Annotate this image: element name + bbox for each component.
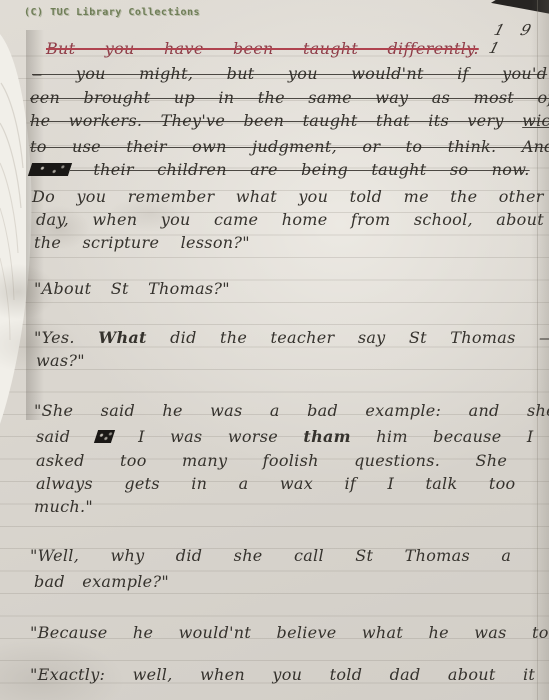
- manuscript-line: always gets in a wax if I talk too: [36, 473, 515, 495]
- manuscript-line: ‒ you might, but you would'nt if you'd: [32, 63, 547, 85]
- handwritten-text: he workers. They've been taught that its…: [30, 111, 522, 130]
- handwritten-text: ‒ you might, but you would'nt if you'd: [32, 64, 547, 83]
- manuscript-line: to use their own judgment, or to think. …: [30, 136, 549, 158]
- handwritten-text: bad example?": [34, 572, 169, 591]
- handwritten-text: asked too many foolish questions. She: [36, 451, 507, 470]
- manuscript-line: their children are being taught so now.: [30, 159, 530, 181]
- manuscript-line: Do you remember what you told me the oth…: [32, 186, 544, 208]
- handwritten-text: did the teacher say St Thomas —: [147, 328, 549, 347]
- handwritten-text: their children are being taught so now.: [70, 160, 530, 179]
- manuscript-line: "Yes. What did the teacher say St Thomas…: [34, 327, 549, 349]
- handwritten-text: "Exactly: well, when you told dad about …: [30, 665, 535, 684]
- handwritten-text: day, when you came home from school, abo…: [36, 210, 544, 229]
- manuscript-line: een brought up in the same way as most o…: [30, 87, 549, 109]
- manuscript-text-layer: But you have been taught differently.‒ y…: [0, 0, 549, 700]
- manuscript-line: But you have been taught differently.: [46, 38, 479, 60]
- handwritten-text: to use their own judgment, or to think. …: [30, 137, 549, 156]
- handwritten-text: tham: [303, 427, 351, 446]
- handwritten-text: "About St Thomas?": [34, 279, 230, 298]
- handwritten-text: the scripture lesson?": [34, 233, 250, 252]
- handwritten-text: "Because he would'nt believe what he was…: [30, 623, 549, 642]
- handwritten-text: much.": [34, 497, 93, 516]
- handwritten-text: wicked: [522, 111, 549, 130]
- manuscript-line: "About St Thomas?": [34, 278, 230, 300]
- handwritten-text: "Well, why did she call St Thomas a: [30, 546, 511, 565]
- handwritten-text: een brought up in the same way as most o…: [30, 88, 549, 107]
- ink-redaction-blob: [28, 163, 72, 176]
- manuscript-line: "She said he was a bad example: and she: [34, 400, 549, 422]
- manuscript-line: the scripture lesson?": [34, 232, 250, 254]
- manuscript-line: much.": [34, 496, 93, 518]
- manuscript-line: "Because he would'nt believe what he was…: [30, 622, 549, 644]
- handwritten-text: Do you remember what you told me the oth…: [32, 187, 544, 206]
- manuscript-line: said I was worse tham him because I: [36, 426, 533, 448]
- manuscript-line: asked too many foolish questions. She: [36, 450, 507, 472]
- handwritten-text: But you have been taught differently.: [46, 39, 479, 58]
- manuscript-line: day, when you came home from school, abo…: [36, 209, 544, 231]
- manuscript-line: was?": [36, 350, 85, 372]
- handwritten-text: "Yes.: [34, 328, 98, 347]
- manuscript-photo: (C) TUC Library Collections 1 9 1 But yo…: [0, 0, 549, 700]
- handwritten-text: him because I: [351, 427, 534, 446]
- manuscript-line: "Exactly: well, when you told dad about …: [30, 664, 535, 686]
- handwritten-text: always gets in a wax if I talk too: [36, 474, 515, 493]
- ink-redaction-blob: [94, 430, 115, 443]
- manuscript-line: "Well, why did she call St Thomas a: [30, 545, 511, 567]
- handwritten-text: "She said he was a bad example: and she: [34, 401, 549, 420]
- manuscript-line: he workers. They've been taught that its…: [30, 110, 549, 132]
- handwritten-text: What: [98, 328, 147, 347]
- handwritten-text: was?": [36, 351, 85, 370]
- handwritten-text: I was worse: [113, 427, 304, 446]
- handwritten-text: said: [36, 427, 96, 446]
- manuscript-line: bad example?": [34, 571, 169, 593]
